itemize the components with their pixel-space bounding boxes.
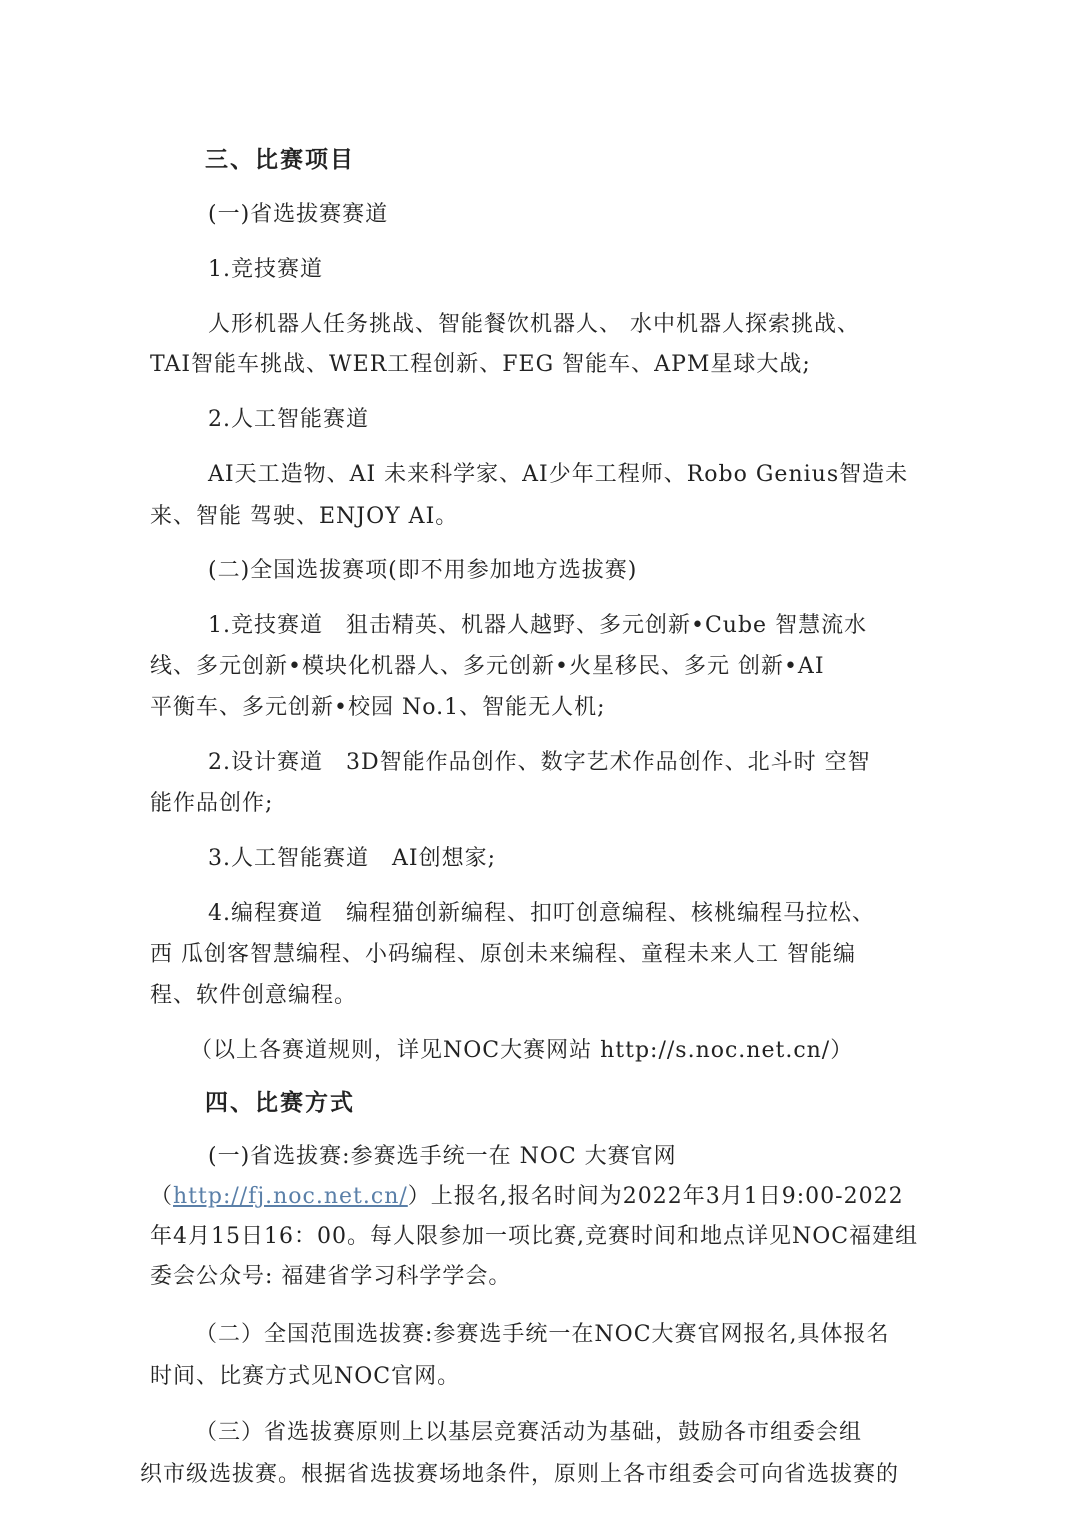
paren-open: （ xyxy=(150,1184,173,1209)
paragraph-line: （三）省选拔赛原则上以基层竞赛活动为基础，鼓励各市组委会组 xyxy=(195,1418,862,1448)
registration-link[interactable]: http://fj.noc.net.cn/ xyxy=(173,1184,408,1209)
paragraph-line: （http://fj.noc.net.cn/）上报名,报名时间为2022年3月1… xyxy=(150,1182,904,1212)
rules-note: （以上各赛道规则，详见NOC大赛网站 http://s.noc.net.cn/） xyxy=(190,1036,853,1066)
paragraph-line: 西 瓜创客智慧编程、小码编程、原创未来编程、童程未来人工 智能编 xyxy=(150,940,856,970)
paragraph-line: 来、智能 驾驶、ENJOY AI。 xyxy=(150,502,458,532)
paragraph-line: （二）全国范围选拔赛:参赛选手统一在NOC大赛官网报名,具体报名 xyxy=(195,1320,890,1350)
section-heading-4: 四、比赛方式 xyxy=(205,1088,355,1118)
paragraph-line: 委会公众号: 福建省学习科学学会。 xyxy=(150,1262,511,1292)
paragraph-line: (一)省选拔赛:参赛选手统一在 NOC 大赛官网 xyxy=(208,1142,677,1172)
subsection-title-provincial: (一)省选拔赛赛道 xyxy=(208,200,388,230)
paragraph-line: 2.设计赛道 3D智能作品创作、数字艺术作品创作、北斗时 空智 xyxy=(208,748,871,778)
track-title-competition: 1.竞技赛道 xyxy=(208,255,323,285)
paragraph-line: 人形机器人任务挑战、智能餐饮机器人、 水中机器人探索挑战、 xyxy=(208,310,860,340)
subsection-title-national: (二)全国选拔赛项(即不用参加地方选拔赛) xyxy=(208,556,637,586)
paragraph-line: AI天工造物、AI 未来科学家、AI少年工程师、Robo Genius智造未 xyxy=(208,460,908,490)
paragraph-text: ）上报名,报名时间为2022年3月1日9:00-2022 xyxy=(408,1184,904,1209)
paragraph-line: TAI智能车挑战、WER工程创新、FEG 智能车、APM星球大战; xyxy=(150,350,811,380)
section-heading-3: 三、比赛项目 xyxy=(205,145,355,175)
track-title-ai: 2.人工智能赛道 xyxy=(208,405,369,435)
paragraph-line: 时间、比赛方式见NOC官网。 xyxy=(150,1362,460,1392)
paragraph-line: 1.竞技赛道 狙击精英、机器人越野、多元创新•Cube 智慧流水 xyxy=(208,611,867,641)
paragraph-line: 程、软件创意编程。 xyxy=(150,981,357,1011)
paragraph-line: 4.编程赛道 编程猫创新编程、扣叮创意编程、核桃编程马拉松、 xyxy=(208,899,875,929)
document-page: 三、比赛项目 (一)省选拔赛赛道 1.竞技赛道 人形机器人任务挑战、智能餐饮机器… xyxy=(0,0,1080,1528)
paragraph-line: 能作品创作; xyxy=(150,789,273,819)
paragraph-line: 织市级选拔赛。根据省选拔赛场地条件，原则上各市组委会可向省选拔赛的 xyxy=(140,1460,899,1490)
paragraph-line: 线、多元创新•模块化机器人、多元创新•火星移民、多元 创新•AI xyxy=(150,652,825,682)
paragraph-line: 平衡车、多元创新•校园 No.1、智能无人机; xyxy=(150,693,605,723)
paragraph-line: 3.人工智能赛道 AI创想家; xyxy=(208,844,496,874)
paragraph-line: 年4月15日16：00。每人限参加一项比赛,竞赛时间和地点详见NOC福建组 xyxy=(150,1222,918,1252)
